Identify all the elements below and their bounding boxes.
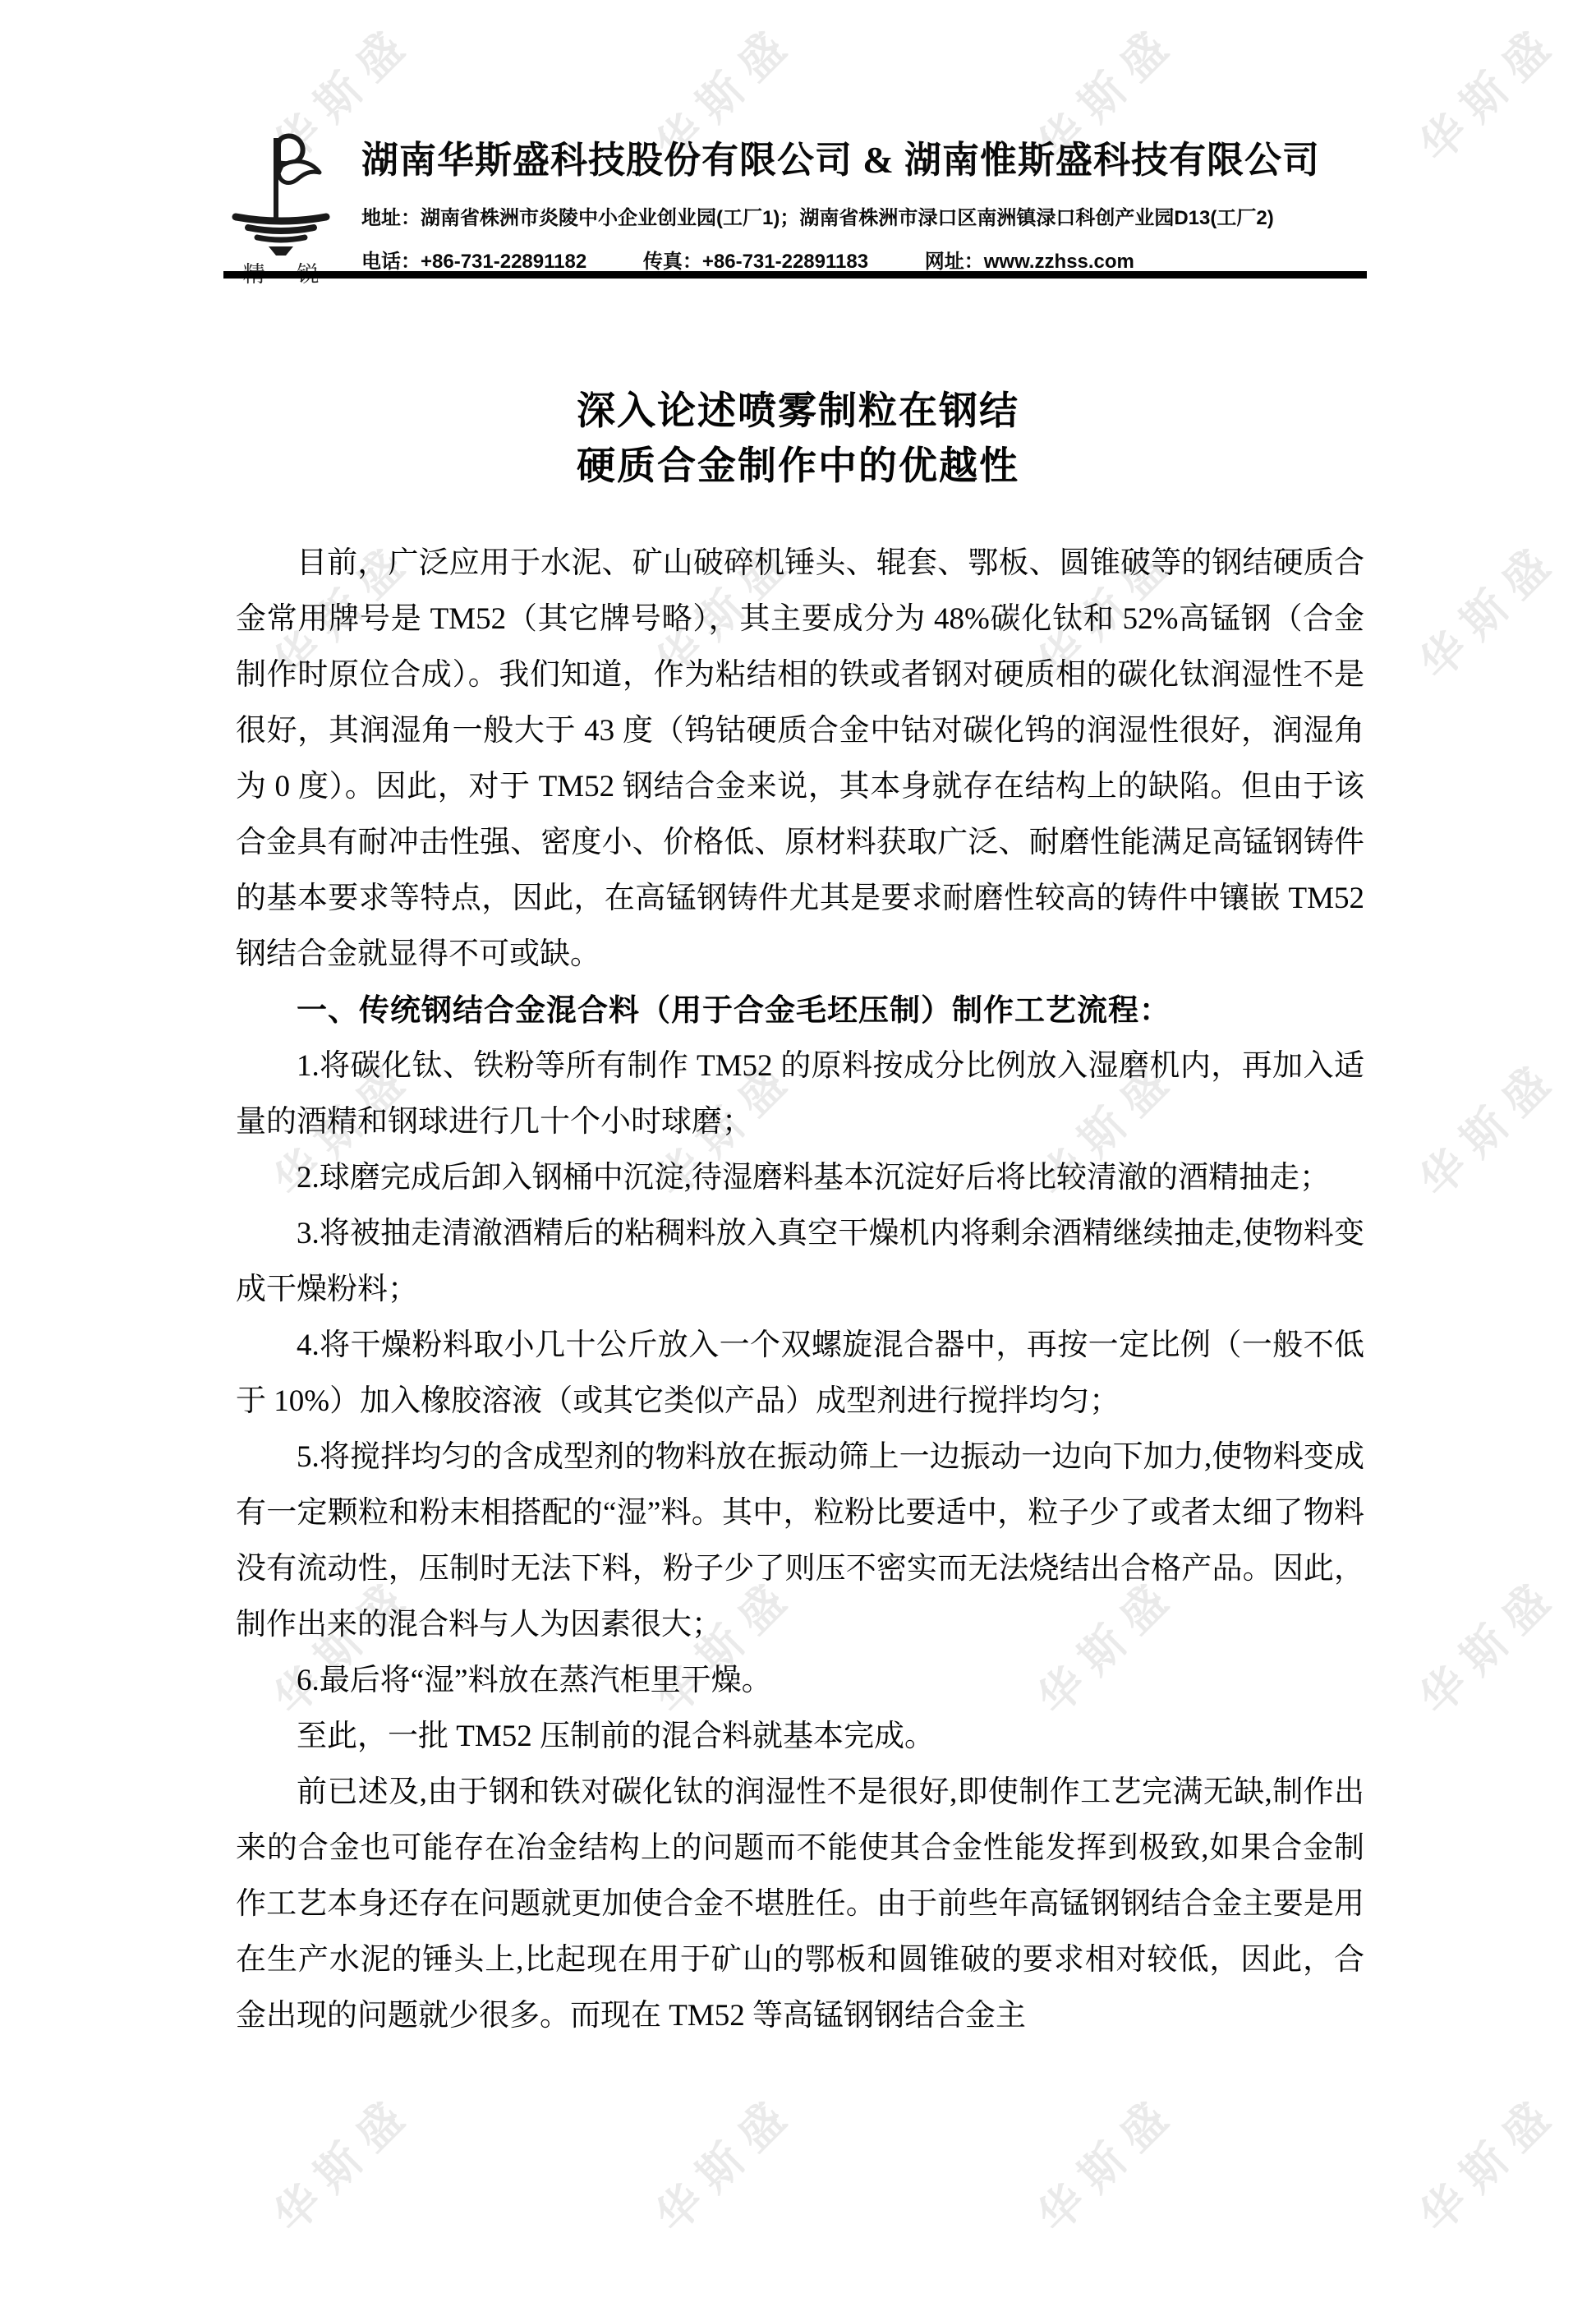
document-page: 华斯盛华斯盛华斯盛华斯盛华斯盛华斯盛华斯盛华斯盛华斯盛华斯盛华斯盛华斯盛华斯盛华… [0,0,1596,2316]
watermark-text: 华斯盛 [1404,7,1571,174]
phone-number: 电话：+86-731-22891182 [361,251,586,273]
fax-number: 传真：+86-731-22891183 [643,251,868,273]
paragraph-intro: 目前，广泛应用于水泥、矿山破碎机锤头、辊套、鄂板、圆锥破等的钢结硬质合金常用牌号… [236,536,1364,983]
title-line-1: 深入论述喷雾制粒在钢结 [0,384,1596,440]
paragraph-summary: 至此，一批 TM52 压制前的混合料就基本完成。 [236,1709,1364,1765]
paragraph-step-1: 1.将碳化钛、铁粉等所有制作 TM52 的原料按成分比例放入湿磨机内，再加入适量… [236,1038,1364,1150]
watermark-text: 华斯盛 [1404,525,1571,692]
contact-line: 电话：+86-731-22891182 传真：+86-731-22891183 … [361,245,1367,274]
address-line: 地址：湖南省株洲市炎陵中小企业创业园(工厂1)；湖南省株洲市渌口区南洲镇渌口科创… [361,201,1367,230]
section-heading: 一、传统钢结合金混合料（用于合金毛坯压制）制作工艺流程： [236,983,1364,1038]
letterhead: 精 锐 湖南华斯盛科技股份有限公司 & 湖南惟斯盛科技有限公司 地址：湖南省株洲… [223,130,1367,288]
watermark-text: 华斯盛 [1022,2078,1189,2245]
watermark-text: 华斯盛 [1404,2078,1571,2245]
sailboat-logo-icon [231,133,331,256]
paragraph-step-6: 6.最后将“湿”料放在蒸汽柜里干燥。 [236,1653,1364,1709]
document-title: 深入论述喷雾制粒在钢结 硬质合金制作中的优越性 [0,384,1596,495]
paragraph-step-2: 2.球磨完成后卸入钢桶中沉淀,待湿磨料基本沉淀好后将比较清澈的酒精抽走； [236,1150,1364,1206]
watermark-text: 华斯盛 [1404,1043,1571,1209]
website-url: 网址：www.zzhss.com [925,251,1134,273]
title-line-2: 硬质合金制作中的优越性 [0,440,1596,495]
paragraph-step-3: 3.将被抽走清澈酒精后的粘稠料放入真空干燥机内将剩余酒精继续抽走,使物料变成干燥… [236,1206,1364,1318]
letterhead-text: 湖南华斯盛科技股份有限公司 & 湖南惟斯盛科技有限公司 地址：湖南省株洲市炎陵中… [361,130,1367,288]
company-logo: 精 锐 [223,130,338,288]
company-names: 湖南华斯盛科技股份有限公司 & 湖南惟斯盛科技有限公司 [361,130,1367,183]
paragraph-step-5: 5.将搅拌均匀的含成型剂的物料放在振动筛上一边振动一边向下加力,使物料变成有一定… [236,1430,1364,1653]
paragraph-closing: 前已述及,由于钢和铁对碳化钛的润湿性不是很好,即使制作工艺完满无缺,制作出来的合… [236,1765,1364,2044]
document-body: 目前，广泛应用于水泥、矿山破碎机锤头、辊套、鄂板、圆锥破等的钢结硬质合金常用牌号… [236,536,1364,2044]
header-divider [223,271,1367,279]
watermark-text: 华斯盛 [1404,1560,1571,1727]
paragraph-step-4: 4.将干燥粉料取小几十公斤放入一个双螺旋混合器中，再按一定比例（一般不低于 10… [236,1318,1364,1430]
watermark-text: 华斯盛 [258,2078,425,2245]
watermark-text: 华斯盛 [640,2078,807,2245]
